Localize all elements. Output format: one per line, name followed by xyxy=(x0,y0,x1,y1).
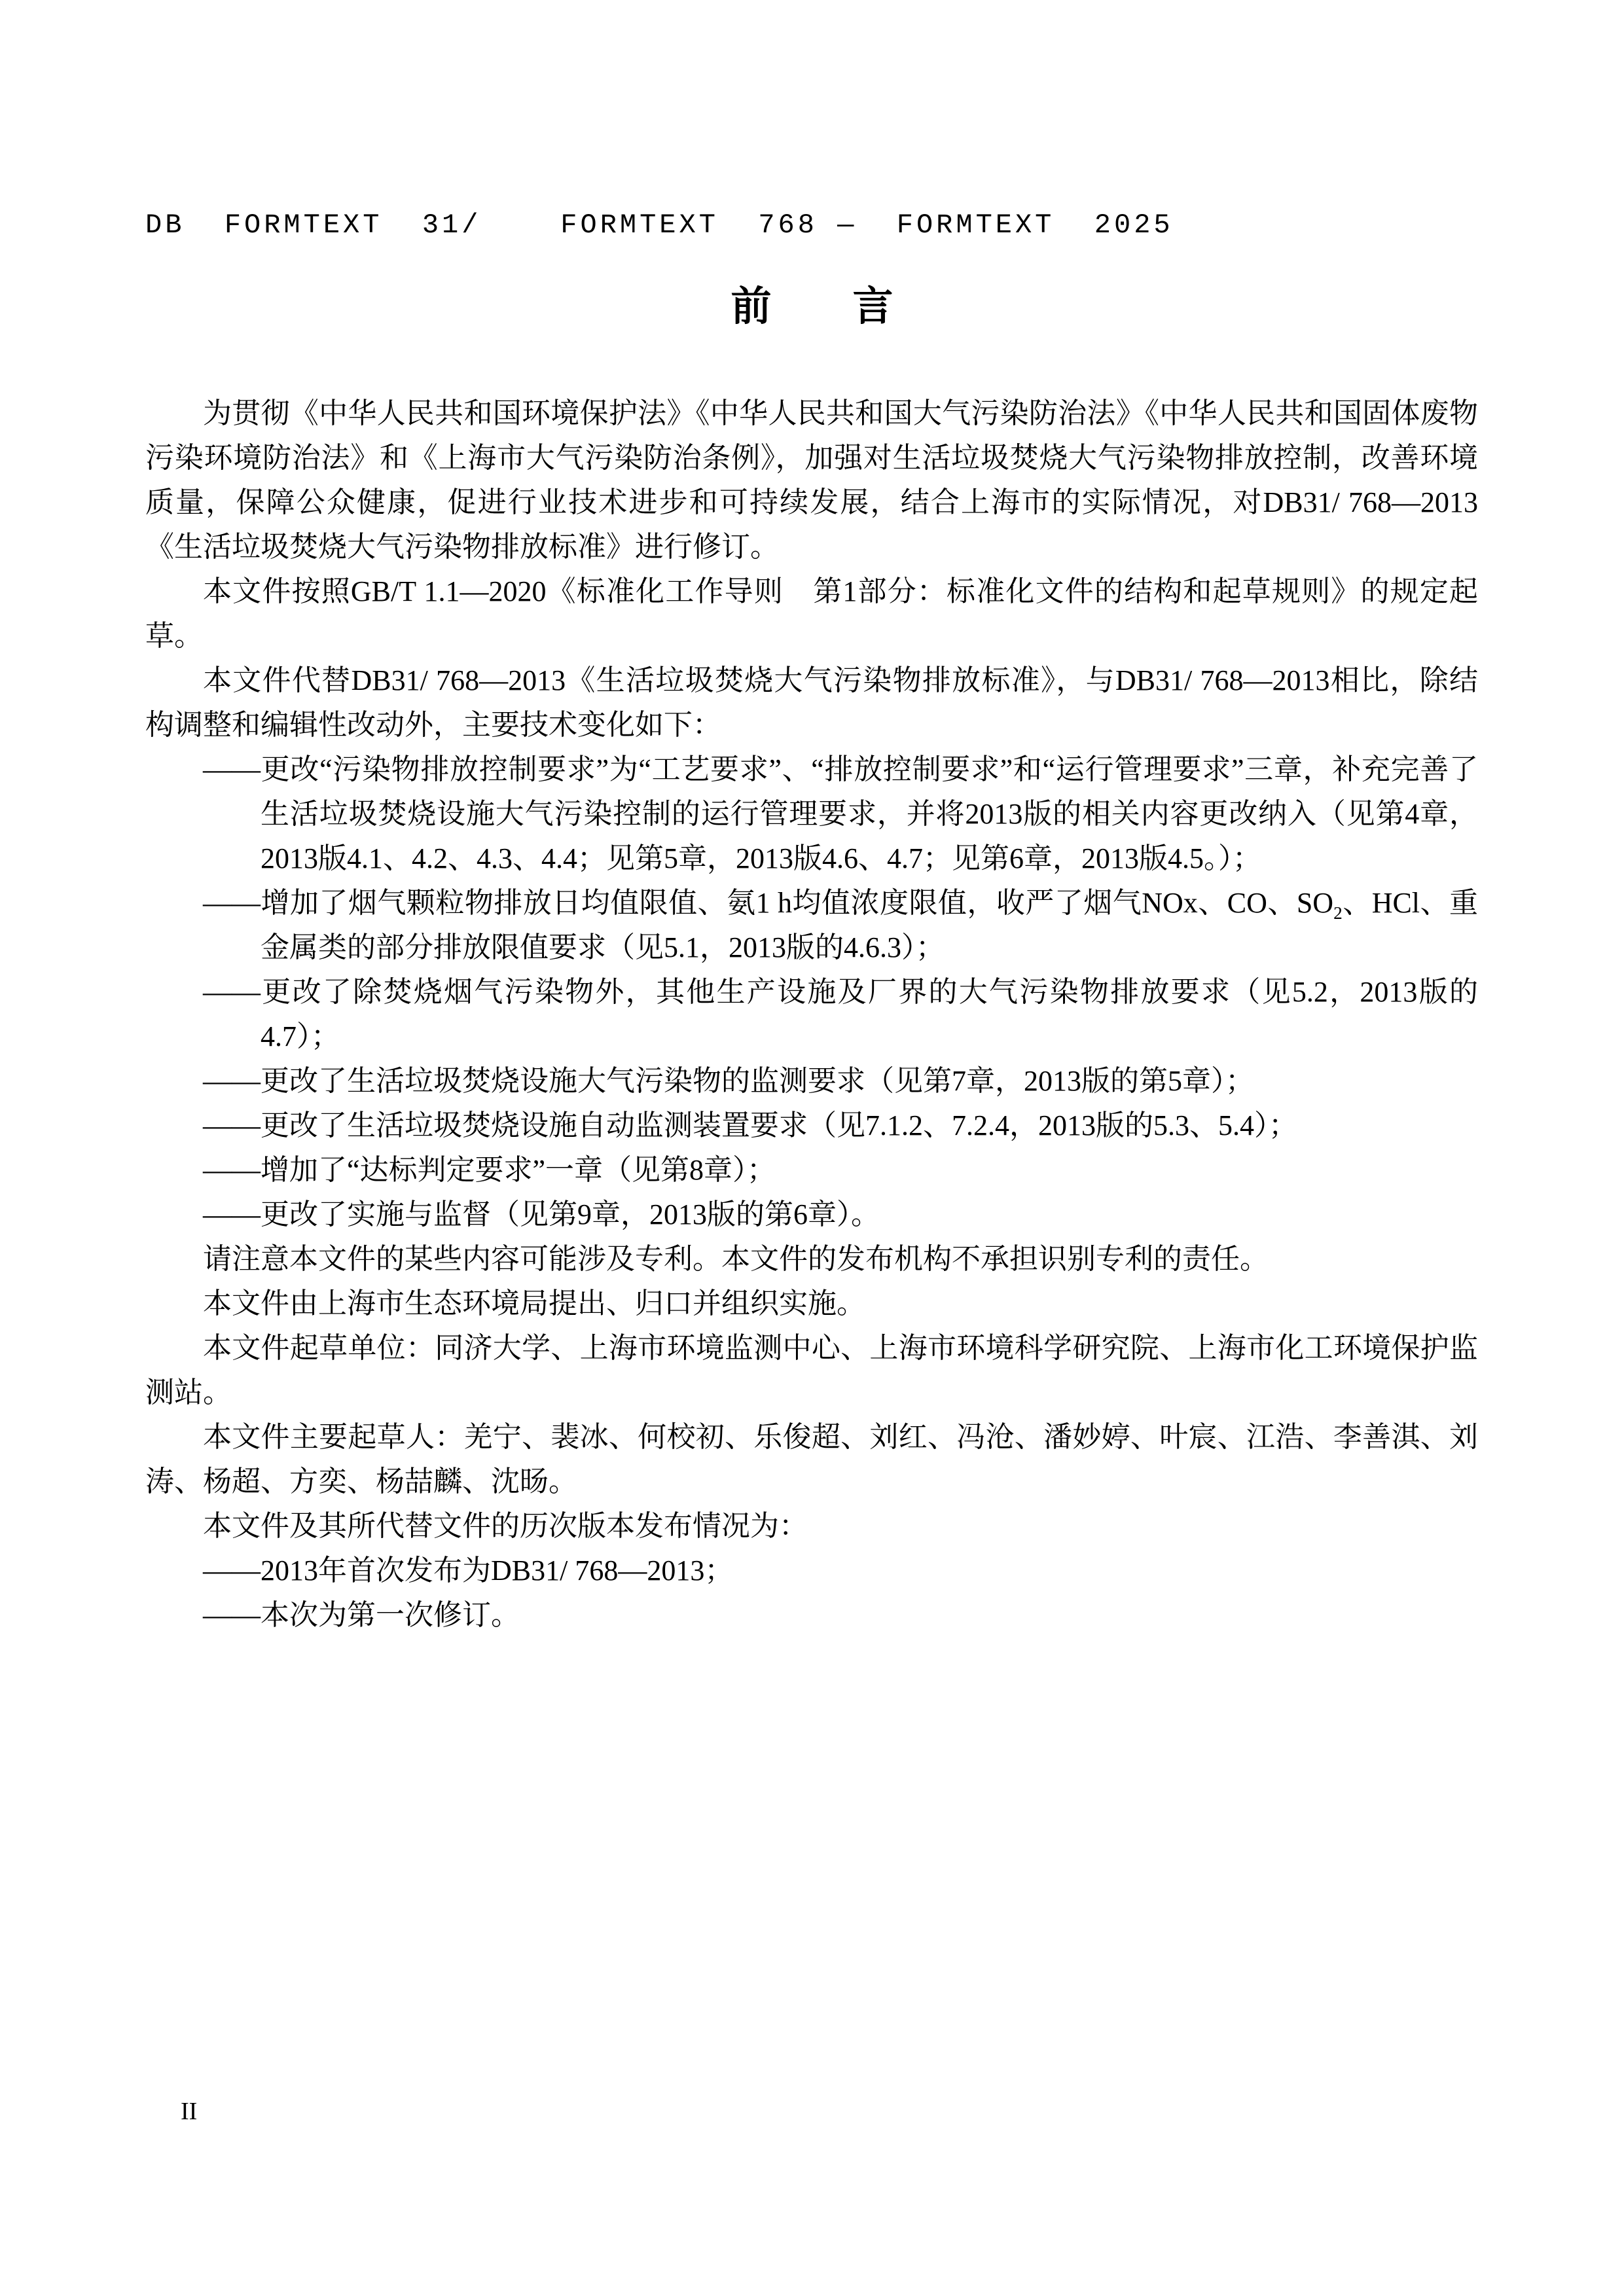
change-item-4-text: ——更改了生活垃圾焚烧设施大气污染物的监测要求（见第7章，2013版的第5章）； xyxy=(203,1065,1254,1097)
change-item-2: ——增加了烟气颗粒物排放日均值限值、氨1 h均值浓度限值，收严了烟气NOx、CO… xyxy=(145,881,1478,970)
change-item-4: ——更改了生活垃圾焚烧设施大气污染物的监测要求（见第7章，2013版的第5章）； xyxy=(145,1059,1478,1103)
history-item-2: ——本次为第一次修订。 xyxy=(145,1593,1478,1638)
change-item-3-text: ——更改了除焚烧烟气污染物外，其他生产设施及厂界的大气污染物排放要求（见5.2，… xyxy=(203,976,1478,1052)
history-item-1: ——2013年首次发布为DB31/ 768—2013； xyxy=(145,1549,1478,1593)
change-item-1: ——更改“污染物排放控制要求”为“工艺要求”、“排放控制要求”和“运行管理要求”… xyxy=(145,747,1478,881)
change-item-3: ——更改了除焚烧烟气污染物外，其他生产设施及厂界的大气污染物排放要求（见5.2，… xyxy=(145,970,1478,1059)
patent-notice-paragraph: 请注意本文件的某些内容可能涉及专利。本文件的发布机构不承担识别专利的责任。 xyxy=(145,1237,1478,1282)
purpose-paragraph: 为贯彻《中华人民共和国环境保护法》《中华人民共和国大气污染防治法》《中华人民共和… xyxy=(145,391,1478,569)
history-intro-paragraph: 本文件及其所代替文件的历次版本发布情况为： xyxy=(145,1504,1478,1549)
document-page: DB FORMTEXT 31/ FORMTEXT 768 — FORMTEXT … xyxy=(0,0,1624,2296)
change-item-7: ——更改了实施与监督（见第9章，2013版的第6章）。 xyxy=(145,1193,1478,1237)
issuer-paragraph: 本文件由上海市生态环境局提出、归口并组织实施。 xyxy=(145,1282,1478,1326)
change-item-6: ——增加了“达标判定要求”一章（见第8章）； xyxy=(145,1148,1478,1193)
change-item-5: ——更改了生活垃圾焚烧设施自动监测装置要求（见7.1.2、7.2.4，2013版… xyxy=(145,1103,1478,1148)
foreword-body: 为贯彻《中华人民共和国环境保护法》《中华人民共和国大气污染防治法》《中华人民共和… xyxy=(145,391,1478,1638)
replacement-paragraph: 本文件代替DB31/ 768—2013《生活垃圾焚烧大气污染物排放标准》，与DB… xyxy=(145,658,1478,747)
change-item-6-text: ——增加了“达标判定要求”一章（见第8章）； xyxy=(203,1154,776,1186)
history-item-2-text: ——本次为第一次修订。 xyxy=(203,1599,520,1631)
foreword-title: 前 言 xyxy=(0,274,1624,332)
change-item-2-text-pre: ——增加了烟气颗粒物排放日均值限值、氨1 h均值浓度限值，收严了烟气NOx、CO… xyxy=(203,887,1333,919)
history-item-1-text: ——2013年首次发布为DB31/ 768—2013； xyxy=(203,1554,733,1587)
change-item-7-text: ——更改了实施与监督（见第9章，2013版的第6章）。 xyxy=(203,1198,880,1230)
so2-subscript: 2 xyxy=(1333,903,1343,923)
drafters-paragraph: 本文件主要起草人：羌宁、裴冰、何校初、乐俊超、刘红、冯沧、潘妙婷、叶宸、江浩、李… xyxy=(145,1415,1478,1504)
drafting-orgs-paragraph: 本文件起草单位：同济大学、上海市环境监测中心、上海市环境科学研究院、上海市化工环… xyxy=(145,1326,1478,1415)
page-number: II xyxy=(181,2097,197,2126)
drafting-rule-paragraph: 本文件按照GB/T 1.1—2020《标准化工作导则 第1部分：标准化文件的结构… xyxy=(145,569,1478,658)
document-code-header: DB FORMTEXT 31/ FORMTEXT 768 — FORMTEXT … xyxy=(145,209,1174,241)
change-item-1-text: ——更改“污染物排放控制要求”为“工艺要求”、“排放控制要求”和“运行管理要求”… xyxy=(203,753,1478,874)
change-item-5-text: ——更改了生活垃圾焚烧设施自动监测装置要求（见7.1.2、7.2.4，2013版… xyxy=(203,1109,1297,1141)
